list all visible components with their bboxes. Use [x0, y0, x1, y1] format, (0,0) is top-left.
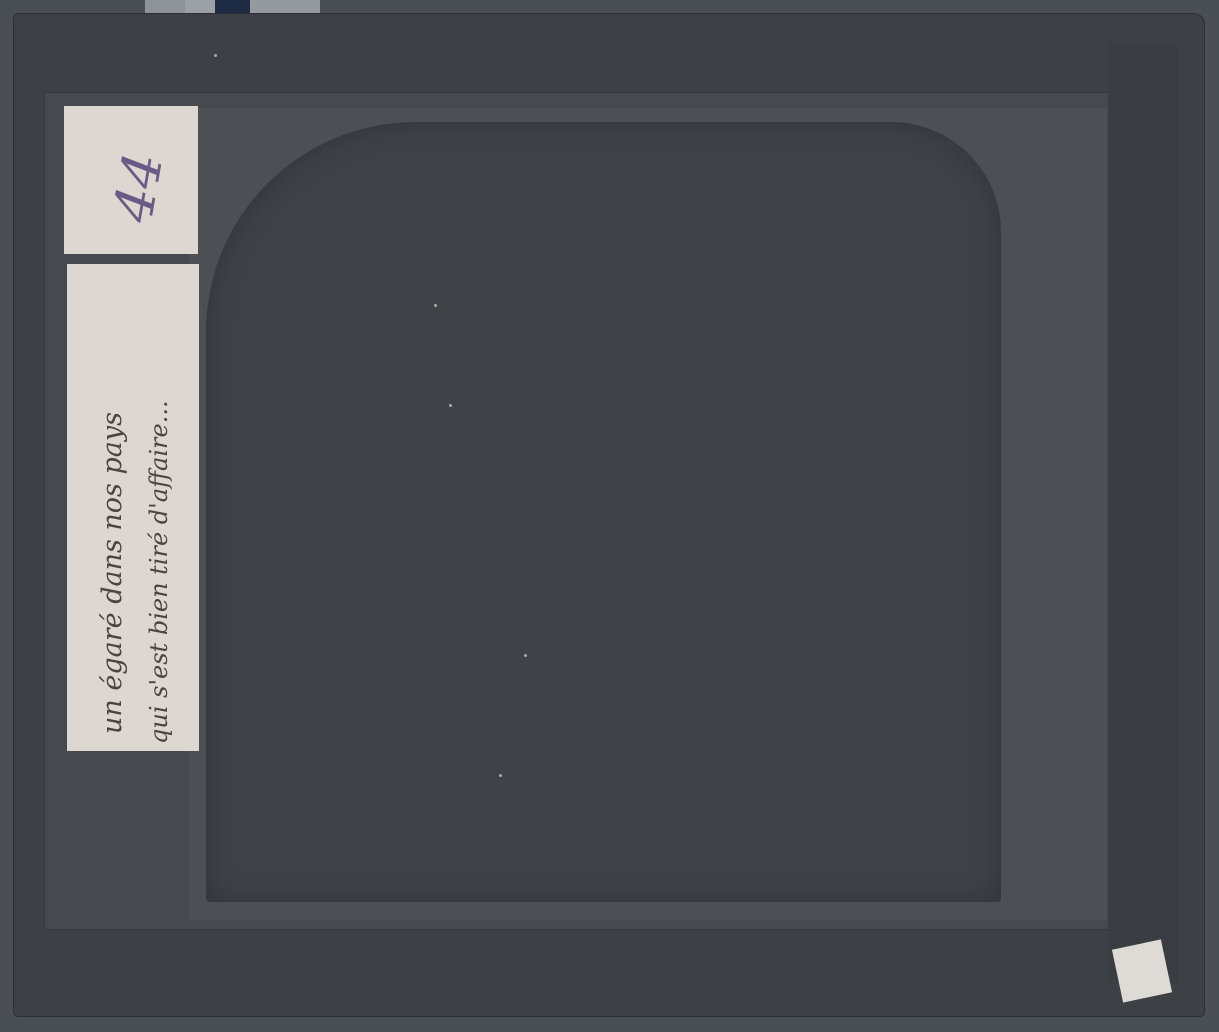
slide-number: 44	[101, 148, 175, 227]
dust-speck	[434, 304, 437, 307]
dust-speck	[499, 774, 502, 777]
dust-speck	[449, 404, 452, 407]
corner-sticker	[1112, 939, 1172, 1002]
caption-line-1: un égaré dans nos pays	[97, 412, 128, 734]
caption-line-2: qui s'est bien tiré d'affaire...	[145, 400, 173, 744]
dust-speck	[524, 654, 527, 657]
dust-speck	[214, 54, 217, 57]
number-label: 44	[64, 106, 198, 254]
image-window	[206, 122, 1001, 902]
lantern-slide: 44 un égaré dans nos pays qui s'est bien…	[14, 14, 1204, 1016]
caption-label: un égaré dans nos pays qui s'est bien ti…	[67, 264, 199, 751]
slide-binding-edge	[1108, 44, 1178, 984]
